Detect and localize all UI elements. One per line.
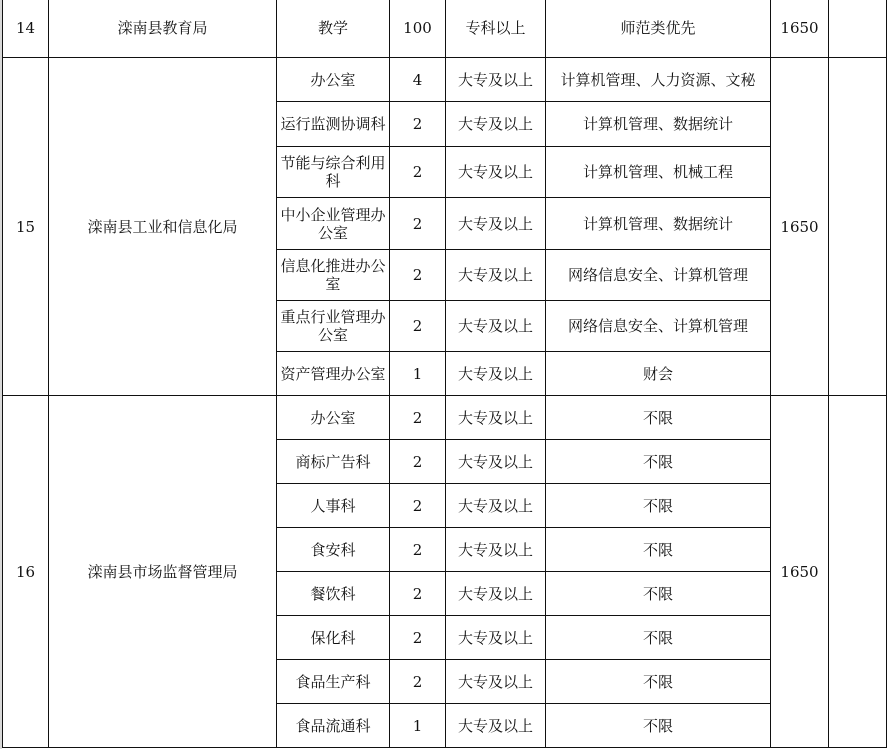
dept-cell: 教学 <box>277 0 390 58</box>
education-cell: 大专及以上 <box>446 616 546 660</box>
count-cell: 100 <box>390 0 446 58</box>
recruitment-table: 14 滦南县教育局 教学 100 专科以上 师范类优先 1650 15 滦南县工… <box>2 0 887 748</box>
dept-cell: 食品流通科 <box>277 704 390 748</box>
note-cell <box>829 58 887 396</box>
unit-cell: 滦南县工业和信息化局 <box>49 58 277 396</box>
education-cell: 专科以上 <box>446 0 546 58</box>
count-cell: 4 <box>390 58 446 102</box>
education-cell: 大专及以上 <box>446 572 546 616</box>
education-cell: 大专及以上 <box>446 440 546 484</box>
education-cell: 大专及以上 <box>446 250 546 301</box>
major-cell: 不限 <box>546 484 771 528</box>
unit-cell: 滦南县教育局 <box>49 0 277 58</box>
major-cell: 不限 <box>546 616 771 660</box>
table-row: 15 滦南县工业和信息化局 办公室 4 大专及以上 计算机管理、人力资源、文秘 … <box>3 58 887 102</box>
count-cell: 2 <box>390 396 446 440</box>
salary-cell: 1650 <box>771 58 829 396</box>
unit-cell: 滦南县市场监督管理局 <box>49 396 277 748</box>
count-cell: 2 <box>390 616 446 660</box>
dept-cell: 食品生产科 <box>277 660 390 704</box>
seq-cell: 16 <box>3 396 49 748</box>
major-cell: 计算机管理、数据统计 <box>546 102 771 147</box>
salary-cell: 1650 <box>771 396 829 748</box>
dept-cell: 信息化推进办公室 <box>277 250 390 301</box>
dept-cell: 办公室 <box>277 396 390 440</box>
dept-cell: 人事科 <box>277 484 390 528</box>
major-cell: 财会 <box>546 352 771 396</box>
dept-cell: 保化科 <box>277 616 390 660</box>
note-cell <box>829 0 887 58</box>
education-cell: 大专及以上 <box>446 704 546 748</box>
count-cell: 2 <box>390 301 446 352</box>
count-cell: 2 <box>390 440 446 484</box>
major-cell: 不限 <box>546 704 771 748</box>
count-cell: 2 <box>390 250 446 301</box>
major-cell: 计算机管理、数据统计 <box>546 198 771 250</box>
education-cell: 大专及以上 <box>446 102 546 147</box>
major-cell: 不限 <box>546 440 771 484</box>
education-cell: 大专及以上 <box>446 528 546 572</box>
dept-cell: 中小企业管理办公室 <box>277 198 390 250</box>
education-cell: 大专及以上 <box>446 301 546 352</box>
education-cell: 大专及以上 <box>446 198 546 250</box>
count-cell: 2 <box>390 660 446 704</box>
major-cell: 网络信息安全、计算机管理 <box>546 301 771 352</box>
major-cell: 师范类优先 <box>546 0 771 58</box>
table-row: 14 滦南县教育局 教学 100 专科以上 师范类优先 1650 <box>3 0 887 58</box>
count-cell: 1 <box>390 704 446 748</box>
education-cell: 大专及以上 <box>446 660 546 704</box>
dept-cell: 运行监测协调科 <box>277 102 390 147</box>
dept-cell: 资产管理办公室 <box>277 352 390 396</box>
education-cell: 大专及以上 <box>446 396 546 440</box>
dept-cell: 食安科 <box>277 528 390 572</box>
count-cell: 2 <box>390 484 446 528</box>
count-cell: 2 <box>390 528 446 572</box>
count-cell: 2 <box>390 147 446 198</box>
dept-cell: 餐饮科 <box>277 572 390 616</box>
dept-cell: 办公室 <box>277 58 390 102</box>
major-cell: 不限 <box>546 660 771 704</box>
education-cell: 大专及以上 <box>446 147 546 198</box>
major-cell: 不限 <box>546 396 771 440</box>
education-cell: 大专及以上 <box>446 352 546 396</box>
salary-cell: 1650 <box>771 0 829 58</box>
major-cell: 网络信息安全、计算机管理 <box>546 250 771 301</box>
count-cell: 1 <box>390 352 446 396</box>
seq-cell: 15 <box>3 58 49 396</box>
note-cell <box>829 396 887 748</box>
seq-cell: 14 <box>3 0 49 58</box>
major-cell: 计算机管理、人力资源、文秘 <box>546 58 771 102</box>
major-cell: 计算机管理、机械工程 <box>546 147 771 198</box>
major-cell: 不限 <box>546 528 771 572</box>
major-cell: 不限 <box>546 572 771 616</box>
education-cell: 大专及以上 <box>446 58 546 102</box>
count-cell: 2 <box>390 572 446 616</box>
dept-cell: 重点行业管理办公室 <box>277 301 390 352</box>
education-cell: 大专及以上 <box>446 484 546 528</box>
count-cell: 2 <box>390 102 446 147</box>
count-cell: 2 <box>390 198 446 250</box>
dept-cell: 商标广告科 <box>277 440 390 484</box>
dept-cell: 节能与综合利用科 <box>277 147 390 198</box>
table-row: 16 滦南县市场监督管理局 办公室 2 大专及以上 不限 1650 <box>3 396 887 440</box>
